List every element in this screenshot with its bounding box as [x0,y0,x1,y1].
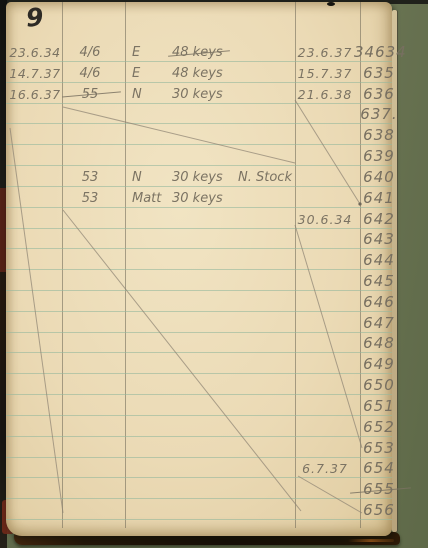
price-cell: 4/6 [66,45,114,60]
serial-number-cell: 645 [354,274,404,289]
description-cell: 30 keys [172,191,223,206]
description-cell: 30 keys [172,87,223,102]
serial-number-cell: 644 [354,253,404,268]
ledger-row: 23.6.344/6E48 keys23.6.3734634 [6,41,392,62]
serial-number-cell: 636 [354,87,404,102]
ledger-row: 655 [6,478,392,499]
serial-number-cell: 641 [354,191,404,206]
description-cell: 48 keys [172,66,223,81]
book-cover-glint [348,539,394,542]
serial-number-cell: 639 [354,149,404,164]
serial-number-cell: 642 [354,212,404,227]
date-received-cell: 14.7.37 [8,66,62,81]
ledger-rows: 23.6.344/6E48 keys23.6.373463414.7.374/6… [6,2,392,536]
date-sold-cell: 6.7.37 [290,461,360,476]
date-sold-cell: 30.6.34 [290,212,360,227]
type-letter-cell: N [132,170,172,185]
ledger-page: 9 23.6.344/6E48 keys23.6.373463414.7.374… [6,2,392,536]
serial-number-cell: 654 [354,461,404,476]
ledger-row: 14.7.374/6E48 keys15.7.37635 [6,62,392,83]
ledger-row: 644 [6,249,392,270]
serial-number-cell: 643 [354,232,404,247]
date-sold-cell: 23.6.37 [290,45,360,60]
serial-number-cell: 640 [354,170,404,185]
ledger-row: 652 [6,416,392,437]
ledger-row: 647 [6,312,392,333]
ledger-row: 637. [6,104,392,125]
serial-number-cell: 638 [354,128,404,143]
serial-number-cell: 646 [354,295,404,310]
ledger-row: 6.7.37654 [6,458,392,479]
serial-number-cell: 635 [354,66,404,81]
ledger-row: 645 [6,270,392,291]
ledger-row: 643 [6,229,392,250]
serial-number-cell: 655 [354,482,404,497]
date-sold-cell: 21.6.38 [290,87,360,102]
stock-note-cell: N. Stock [238,170,292,185]
serial-number-cell: 652 [354,420,404,435]
ledger-row: 30.6.34642 [6,208,392,229]
type-letter-cell: N [132,87,172,102]
price-cell: 53 [66,191,114,206]
price-cell: 4/6 [66,66,114,81]
ledger-row: 651 [6,395,392,416]
ledger-row: 656 [6,499,392,520]
serial-number-cell: 647 [354,316,404,331]
date-sold-cell: 15.7.37 [290,66,360,81]
price-cell: 55 [66,87,114,102]
serial-number-cell: 648 [354,336,404,351]
date-received-cell: 16.6.37 [8,87,62,102]
ledger-row: 649 [6,354,392,375]
date-received-cell: 23.6.34 [8,45,62,60]
ledger-row: 53N30 keysN. Stock640 [6,166,392,187]
description-cell: 30 keys [172,170,223,185]
type-letter-cell: E [132,66,172,81]
description-cell: 48 keys [172,45,223,60]
ledger-row: 16.6.3755N30 keys21.6.38636 [6,83,392,104]
serial-number-cell: 656 [354,503,404,518]
ledger-row: 638 [6,124,392,145]
serial-number-cell: 650 [354,378,404,393]
serial-number-cell: 34634 [354,45,404,60]
type-letter-cell: E [132,45,172,60]
ledger-row: 53Matt30 keys641 [6,187,392,208]
price-cell: 53 [66,170,114,185]
ledger-row: 648 [6,333,392,354]
ledger-row: 653 [6,437,392,458]
ledger-row: 650 [6,374,392,395]
serial-number-cell: 651 [354,399,404,414]
ledger-row: 639 [6,145,392,166]
serial-number-cell: 649 [354,357,404,372]
serial-number-cell: 653 [354,441,404,456]
serial-number-cell: 637. [354,107,404,122]
ledger-row: 646 [6,291,392,312]
type-letter-cell: Matt [132,191,172,206]
